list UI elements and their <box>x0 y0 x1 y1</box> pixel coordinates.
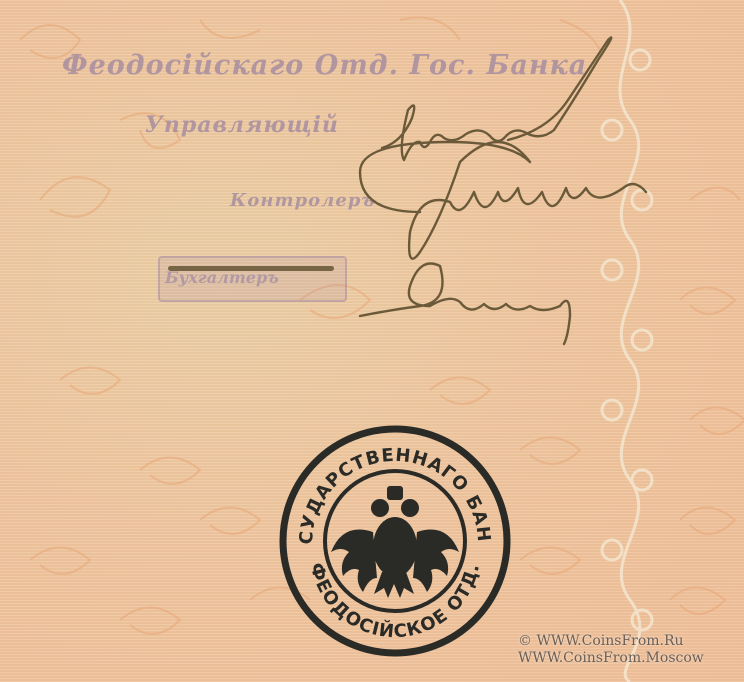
banknote-scan: Феодосійскаго Отд. Гос. Банка Управляющі… <box>0 0 744 682</box>
handwritten-signature-3 <box>360 264 570 345</box>
site-credit: © WWW.CoinsFrom.Ru WWW.CoinsFrom.Moscow <box>518 633 704 667</box>
bank-seal: ГОСУДАРСТВЕННАГО БАНКА ФЕОДОСІЙСКОЕ ОТД. <box>272 422 518 660</box>
double-headed-eagle-icon <box>331 486 459 598</box>
credit-line-1: © WWW.CoinsFrom.Ru <box>518 633 704 650</box>
credit-line-2: WWW.CoinsFrom.Moscow <box>518 650 704 667</box>
